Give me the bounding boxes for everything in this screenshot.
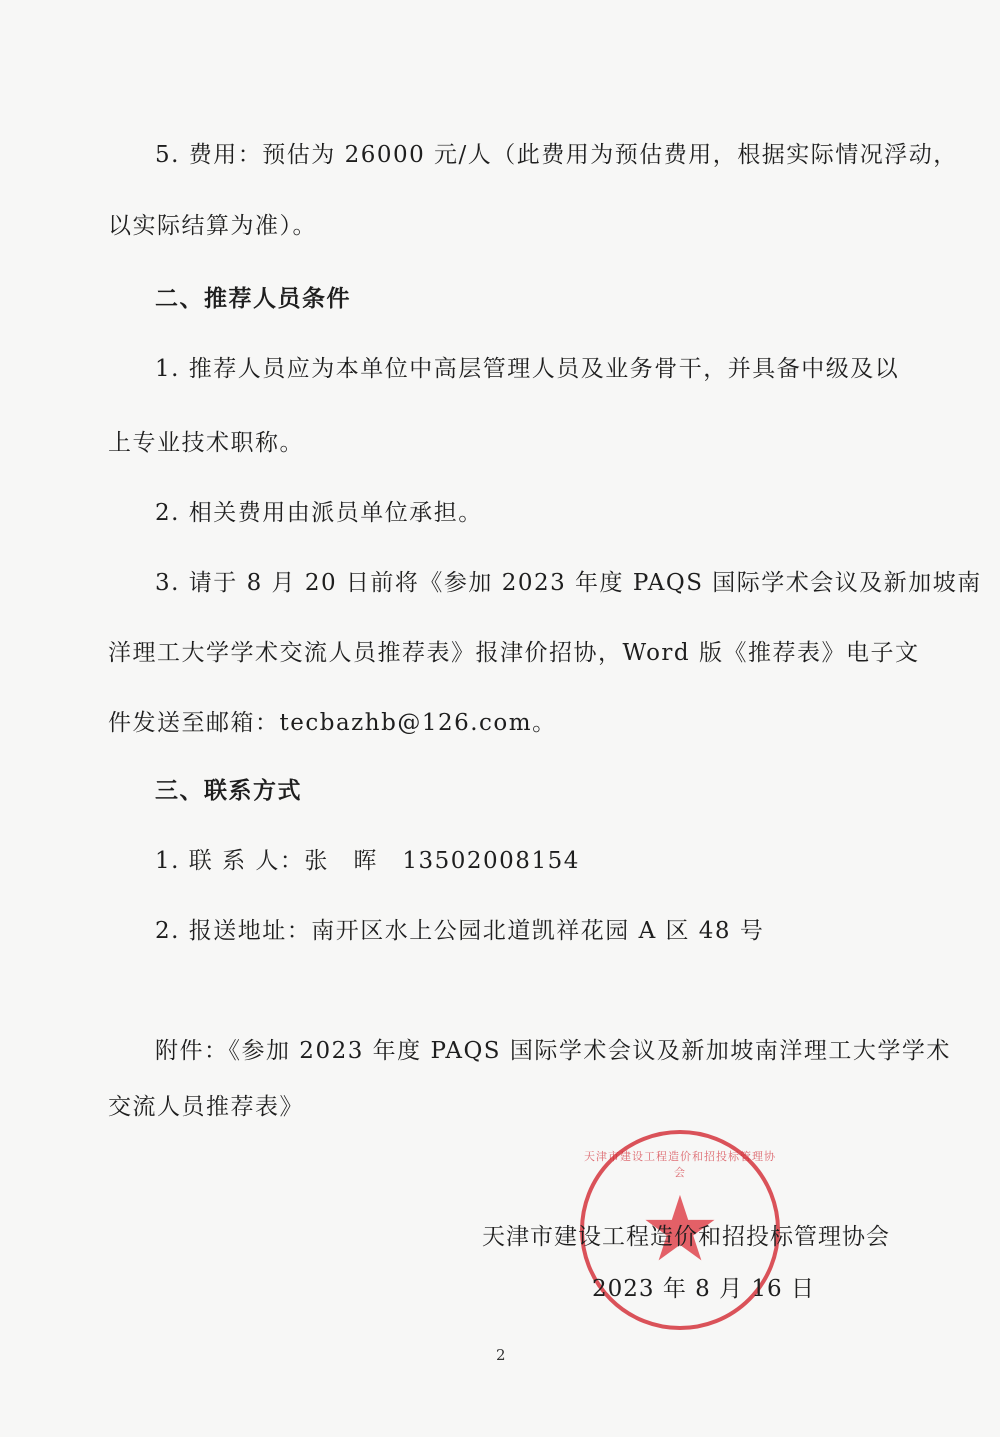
seal-text: 天津市建设工程造价和招投标管理协会 (584, 1148, 776, 1180)
signature-date: 2023 年 8 月 16 日 (592, 1270, 815, 1303)
paragraph-address: 2. 报送地址：南开区水上公园北道凯祥花园 A 区 48 号 (155, 912, 764, 945)
paragraph-attachment: 附件：《参加 2023 年度 PAQS 国际学术会议及新加坡南洋理工大学学术 (155, 1032, 951, 1065)
paragraph-condition-1: 1. 推荐人员应为本单位中高层管理人员及业务骨干，并具备中级及以 (155, 350, 899, 383)
paragraph-attachment-cont: 交流人员推荐表》 (108, 1088, 304, 1121)
page-number: 2 (496, 1346, 506, 1364)
paragraph-contact-person: 1. 联 系 人：张 晖 13502008154 (155, 842, 580, 875)
paragraph-condition-3: 3. 请于 8 月 20 日前将《参加 2023 年度 PAQS 国际学术会议及… (155, 564, 982, 597)
section-heading-contact: 三、联系方式 (155, 772, 302, 805)
paragraph-condition-3-email: 件发送至邮箱：tecbazhb@126.com。 (108, 704, 557, 737)
paragraph-condition-2: 2. 相关费用由派员单位承担。 (155, 494, 483, 527)
paragraph-fee: 5. 费用：预估为 26000 元/人（此费用为预估费用，根据实际情况浮动， (155, 136, 958, 169)
paragraph-condition-1-cont: 上专业技术职称。 (108, 424, 304, 457)
paragraph-condition-3-cont: 洋理工大学学术交流人员推荐表》报津价招协，Word 版《推荐表》电子文 (108, 634, 919, 667)
paragraph-fee-cont: 以实际结算为准）。 (108, 207, 317, 240)
section-heading-conditions: 二、推荐人员条件 (155, 280, 351, 313)
signature-organization: 天津市建设工程造价和招投标管理协会 (482, 1218, 890, 1251)
